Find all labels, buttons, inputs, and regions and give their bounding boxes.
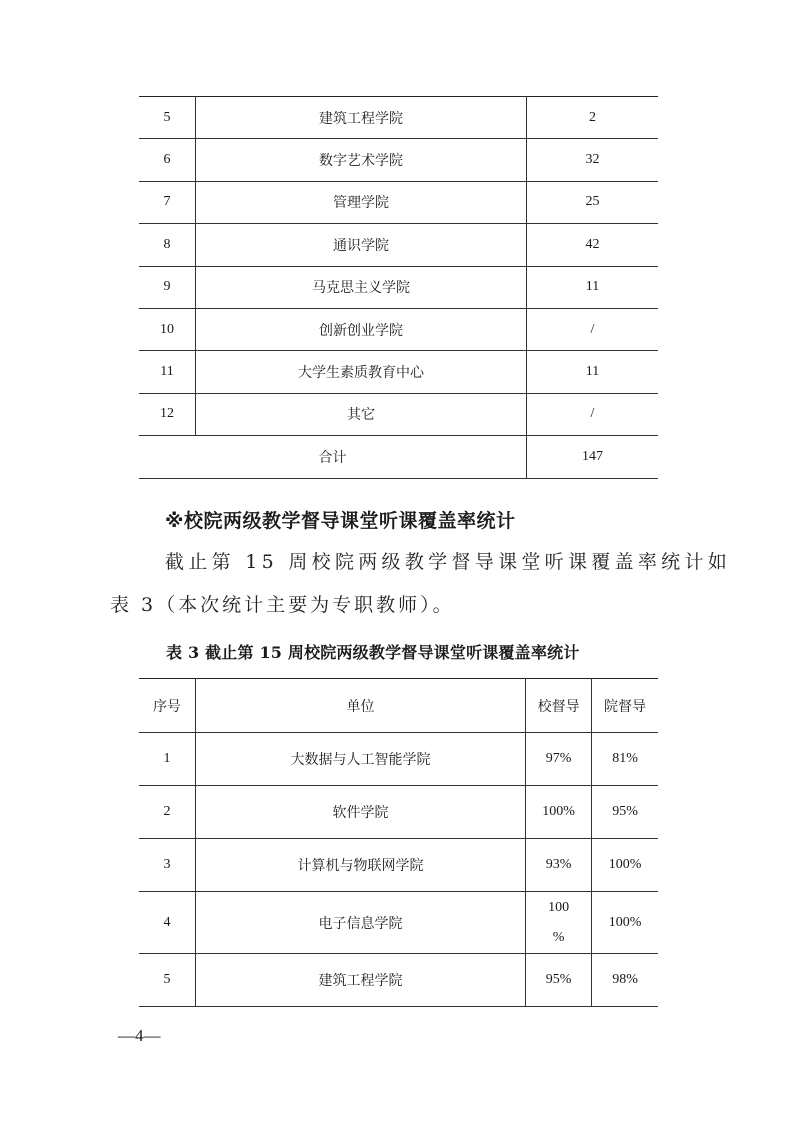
table-row: 1 大数据与人工智能学院 97% 81% (139, 733, 658, 786)
row-value: 11 (527, 351, 659, 393)
row-index: 5 (139, 97, 196, 139)
row-index: 7 (139, 181, 196, 223)
row-college-rate: 100% (592, 839, 658, 892)
row-college-rate: 98% (592, 954, 658, 1007)
row-college-rate: 95% (592, 786, 658, 839)
row-index: 1 (139, 733, 195, 786)
total-value: 147 (527, 436, 659, 478)
row-unit: 大数据与人工智能学院 (195, 733, 525, 786)
table-row: 8 通识学院 42 (139, 224, 658, 266)
row-school-rate: 100% (526, 892, 592, 954)
row-value: 2 (527, 97, 659, 139)
row-college-rate: 81% (592, 733, 658, 786)
row-index: 6 (139, 139, 196, 181)
row-unit: 数字艺术学院 (196, 139, 527, 181)
row-school-rate: 97% (526, 733, 592, 786)
row-unit: 电子信息学院 (195, 892, 525, 954)
header-unit: 单位 (195, 679, 525, 733)
table-row: 6 数字艺术学院 32 (139, 139, 658, 181)
row-unit: 其它 (196, 393, 527, 435)
row-index: 4 (139, 892, 195, 954)
table-row: 4 电子信息学院 100% 100% (139, 892, 658, 954)
section-heading: ※校院两级教学督导课堂听课覆盖率统计 (165, 506, 515, 533)
rate-line-1: 100 (526, 893, 591, 923)
row-unit: 管理学院 (196, 181, 527, 223)
table-header-row: 序号 单位 校督导 院督导 (139, 679, 658, 733)
row-value: / (527, 393, 659, 435)
row-unit: 创新创业学院 (196, 308, 527, 350)
rate-line-2: % (526, 923, 591, 953)
total-label: 合计 (139, 436, 527, 478)
row-unit: 通识学院 (196, 224, 527, 266)
row-index: 11 (139, 351, 196, 393)
row-school-rate: 93% (526, 839, 592, 892)
row-college-rate: 100% (592, 892, 658, 954)
row-school-rate: 100% (526, 786, 592, 839)
row-index: 9 (139, 266, 196, 308)
table-3: 序号 单位 校督导 院督导 1 大数据与人工智能学院 97% 81% 2 软件学… (139, 678, 658, 1007)
row-value: 11 (527, 266, 659, 308)
row-unit: 大学生素质教育中心 (196, 351, 527, 393)
row-index: 8 (139, 224, 196, 266)
table-row: 5 建筑工程学院 2 (139, 97, 658, 139)
header-index: 序号 (139, 679, 195, 733)
row-value: 42 (527, 224, 659, 266)
row-value: / (527, 308, 659, 350)
table-2-continuation: 5 建筑工程学院 2 6 数字艺术学院 32 7 管理学院 25 8 通识学院 … (139, 96, 658, 479)
row-index: 12 (139, 393, 196, 435)
header-school-supervisor: 校督导 (526, 679, 592, 733)
row-school-rate: 95% (526, 954, 592, 1007)
row-unit: 软件学院 (195, 786, 525, 839)
row-unit: 建筑工程学院 (196, 97, 527, 139)
table-row: 5 建筑工程学院 95% 98% (139, 954, 658, 1007)
row-unit: 计算机与物联网学院 (195, 839, 525, 892)
row-index: 5 (139, 954, 195, 1007)
row-value: 25 (527, 181, 659, 223)
row-unit: 建筑工程学院 (195, 954, 525, 1007)
page-number: —4— (118, 1026, 161, 1046)
row-index: 10 (139, 308, 196, 350)
table-row: 11 大学生素质教育中心 11 (139, 351, 658, 393)
table-total-row: 合计 147 (139, 436, 658, 478)
paragraph-line-1: 截止第 15 周校院两级教学督导课堂听课覆盖率统计如 (165, 547, 740, 574)
table-row: 10 创新创业学院 / (139, 308, 658, 350)
table-row: 3 计算机与物联网学院 93% 100% (139, 839, 658, 892)
table-row: 7 管理学院 25 (139, 181, 658, 223)
table-3-caption: 表 3 截止第 15 周校院两级教学督导课堂听课覆盖率统计 (166, 640, 579, 663)
row-value: 32 (527, 139, 659, 181)
table-row: 2 软件学院 100% 95% (139, 786, 658, 839)
header-college-supervisor: 院督导 (592, 679, 658, 733)
table-row: 9 马克思主义学院 11 (139, 266, 658, 308)
row-unit: 马克思主义学院 (196, 266, 527, 308)
row-index: 2 (139, 786, 195, 839)
paragraph-line-2: 表 3（本次统计主要为专职教师）。 (110, 590, 685, 617)
table-row: 12 其它 / (139, 393, 658, 435)
row-index: 3 (139, 839, 195, 892)
